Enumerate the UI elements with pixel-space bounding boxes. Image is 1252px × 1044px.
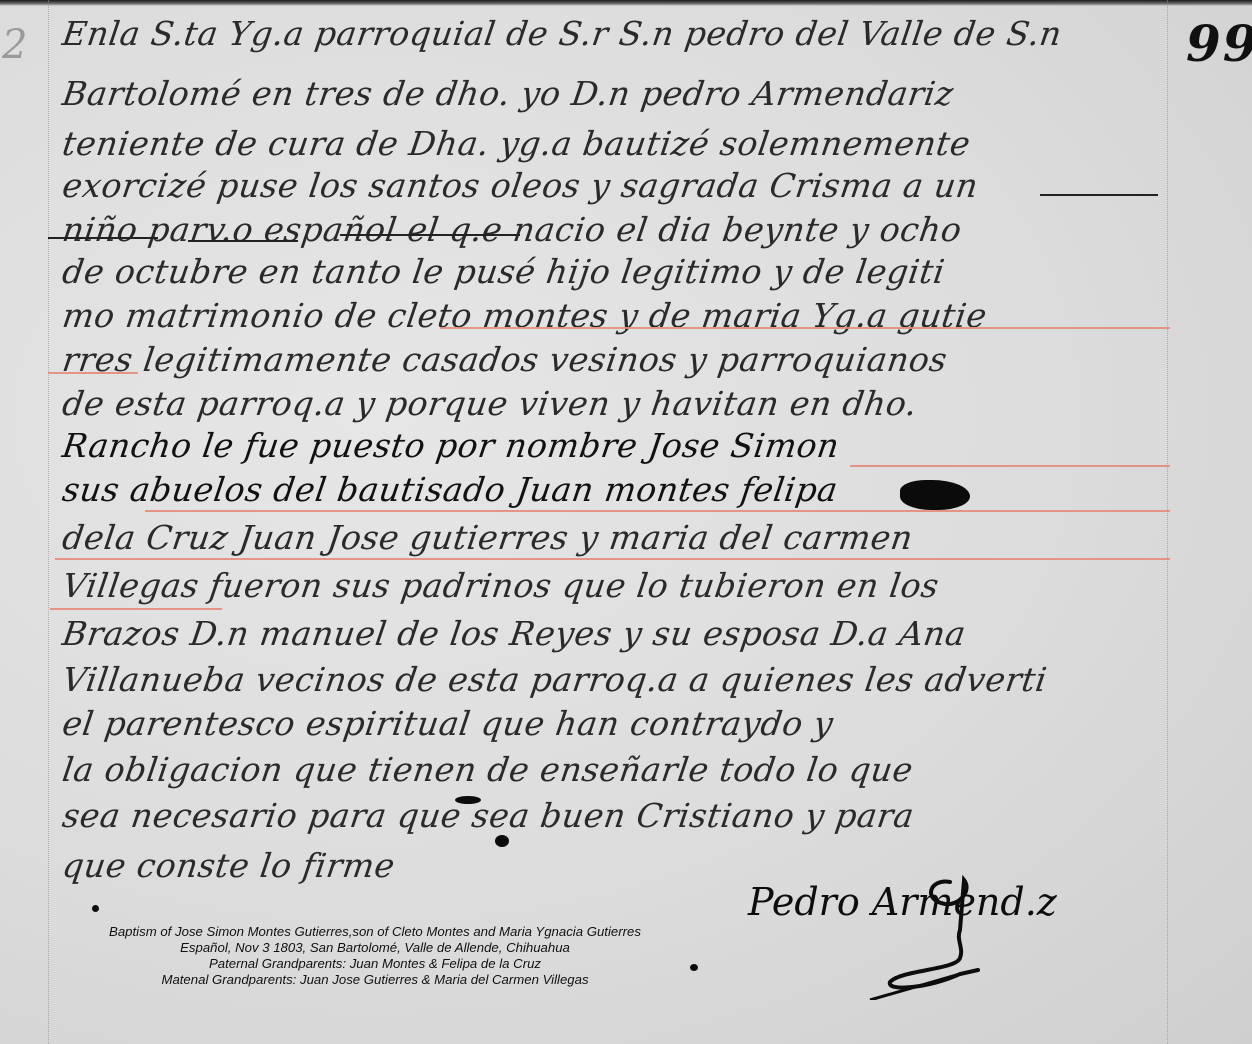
handwritten-line-10: Rancho le fue puesto por nombre Jose Sim… — [60, 426, 1175, 465]
folio-number: 99 — [1186, 14, 1252, 73]
handwritten-line-2: Bartolomé en tres de dho. yo D.n pedro A… — [60, 74, 1175, 113]
ink-underline-a-un — [1040, 194, 1158, 196]
highlight-underline-parents — [440, 327, 1170, 329]
handwritten-line-1: Enla S.ta Yg.a parroquial de S.r S.n ped… — [60, 14, 1175, 53]
handwritten-line-11: sus abuelos del bautisado Juan montes fe… — [60, 470, 1175, 509]
handwritten-line-17: la obligacion que tienen de enseñarle to… — [60, 750, 1175, 789]
ink-blot-dot — [495, 835, 509, 847]
margin-mark: 2 — [2, 22, 27, 68]
signature-rubric-icon — [860, 870, 990, 1000]
handwritten-line-6: de octubre en tanto le pusé hijo legitim… — [60, 252, 1175, 291]
handwritten-line-12: dela Cruz Juan Jose gutierres y maria de… — [60, 518, 1175, 557]
handwritten-line-16: el parentesco espiritual que han contray… — [60, 704, 1175, 743]
highlight-underline-villegas — [50, 608, 222, 610]
ink-underline-espanol — [340, 234, 520, 236]
highlight-underline-child-name — [850, 465, 1170, 467]
left-margin-rule — [48, 0, 49, 1044]
handwritten-line-15: Villanueba vecinos de esta parroq.a a qu… — [60, 660, 1175, 699]
handwritten-line-8: rres legitimamente casados vesinos y par… — [60, 340, 1175, 379]
handwritten-line-9: de esta parroq.a y porque viven y havita… — [60, 384, 1175, 423]
handwritten-line-18: sea necesario para que sea buen Cristian… — [60, 796, 1175, 835]
handwritten-line-7: mo matrimonio de cleto montes y de maria… — [60, 296, 1175, 335]
document-scan: 2 99 Enla S.ta Yg.a parroquial de S.r S.… — [0, 0, 1252, 1044]
handwritten-line-13: Villegas fueron sus padrinos que lo tubi… — [60, 566, 1175, 605]
highlight-underline-parents-cont — [48, 372, 138, 374]
handwritten-line-5: niño parv.o español el q.e nacio el dia … — [60, 210, 1175, 249]
handwritten-line-4: exorcizé puse los santos oleos y sagrada… — [60, 166, 1175, 205]
page-top-edge — [0, 0, 1252, 6]
ink-blot-small — [455, 796, 481, 804]
highlight-underline-paternal — [145, 510, 1170, 512]
ink-underline-nino — [48, 237, 158, 239]
ink-dot-signature — [690, 964, 698, 971]
highlight-underline-maternal — [55, 558, 1170, 560]
handwritten-line-3: teniente de cura de Dha. yg.a bautizé so… — [60, 124, 1175, 163]
caption: Baptism of Jose Simon Montes Gutierres,s… — [60, 924, 690, 988]
caption-line-maternal: Matenal Grandparents: Juan Jose Gutierre… — [60, 972, 690, 988]
caption-line-paternal: Paternal Grandparents: Juan Montes & Fel… — [60, 956, 690, 972]
ink-underline-parvo — [188, 240, 298, 242]
ink-blot — [900, 480, 970, 510]
caption-line-title: Baptism of Jose Simon Montes Gutierres,s… — [60, 924, 690, 940]
caption-line-date-place: Español, Nov 3 1803, San Bartolomé, Vall… — [60, 940, 690, 956]
ink-dot-margin — [92, 905, 99, 912]
handwritten-line-14: Brazos D.n manuel de los Reyes y su espo… — [60, 614, 1175, 653]
